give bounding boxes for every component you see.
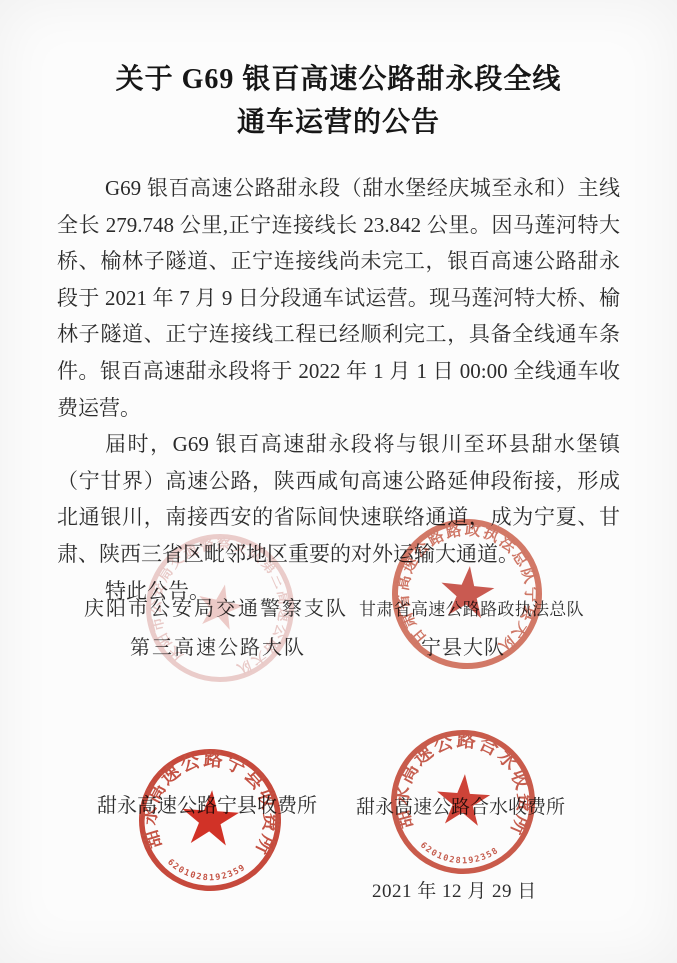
- svg-text:6201028192359: 6201028192359: [164, 857, 248, 886]
- title-line-2: 通车运营的公告: [0, 101, 677, 144]
- svg-text:甜永高速公路合水收费所: 甜永高速公路合水收费所: [390, 729, 536, 841]
- signature-left-line2: 第三高速公路大队: [130, 631, 306, 660]
- signature-right-line2: 宁县大队: [421, 631, 505, 660]
- signature-right-line1: 甘肃省高速公路路政执法总队: [359, 595, 584, 620]
- signature-ningxian-toll: 甜永高速公路宁县收费所: [97, 789, 317, 818]
- title-line-1: 关于 G69 银百高速公路甜永段全线: [0, 58, 677, 101]
- official-seal-ningxian-toll-station: 甜永高速公路宁县收费所 6201028192359: [138, 748, 282, 892]
- page-title: 关于 G69 银百高速公路甜永段全线 通车运营的公告: [0, 58, 677, 144]
- announcement-body: G69 银百高速公路甜永段（甜水堡经庆城至永和）主线全长 279.748 公里,…: [57, 170, 620, 609]
- signature-heshui-toll: 甜永高速公路合水收费所: [356, 792, 565, 819]
- svg-text:6201028192358: 6201028192358: [417, 840, 502, 869]
- announcement-page: 关于 G69 银百高速公路甜永段全线 通车运营的公告 G69 银百高速公路甜永段…: [0, 0, 677, 963]
- paragraph-2: 届时，G69 银百高速甜永段将与银川至环县甜水堡镇（宁甘界）高速公路，陕西咸旬高…: [57, 426, 620, 572]
- signature-left-line1: 庆阳市公安局交通警察支队: [84, 592, 348, 621]
- announcement-date: 2021 年 12 月 29 日: [372, 876, 537, 903]
- paragraph-1: G69 银百高速公路甜永段（甜水堡经庆城至永和）主线全长 279.748 公里,…: [57, 170, 620, 426]
